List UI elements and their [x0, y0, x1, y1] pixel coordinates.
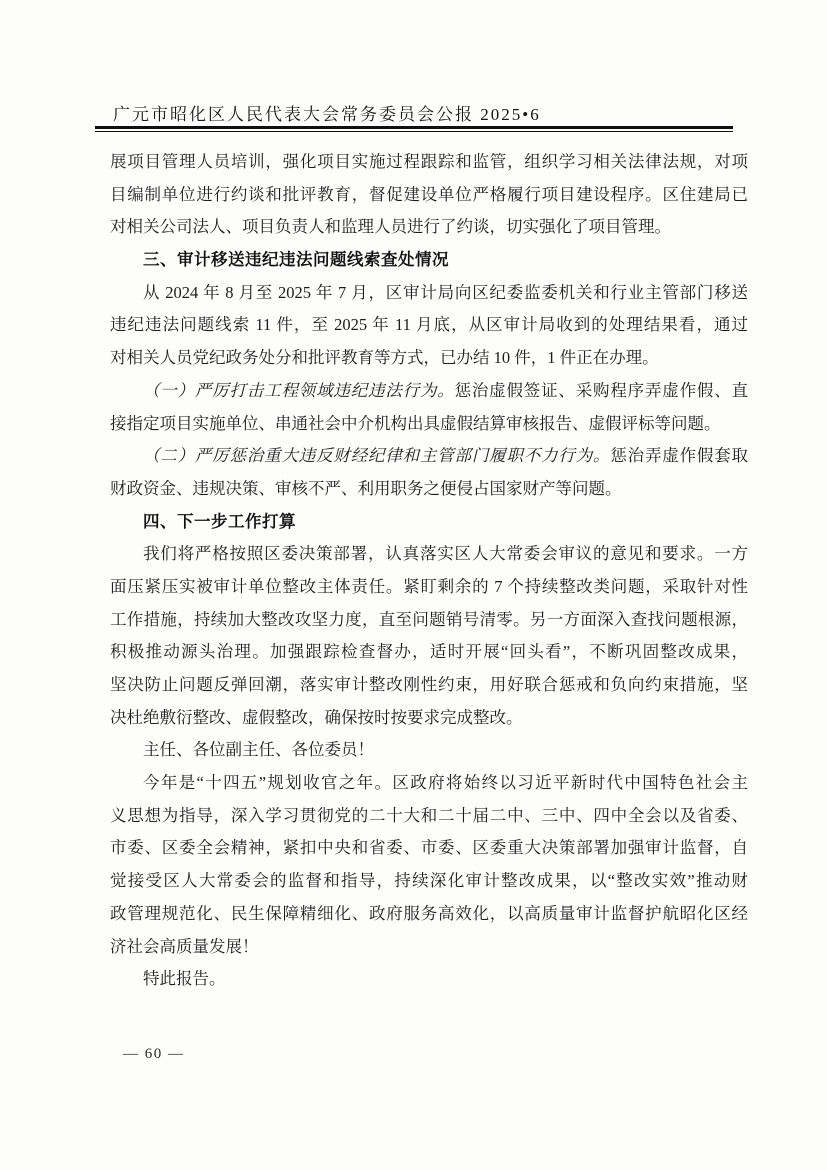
text-line: 我们将严格按照区委决策部署，认真落实区人大常委会审议的意见和要求。一方	[110, 538, 748, 571]
text-line: 财政资金、违规决策、审核不严、利用职务之便侵占国家财产等问题。	[110, 473, 748, 506]
para-salutation: 主任、各位副主任、各位委员！	[110, 734, 748, 767]
text-line: （一）严厉打击工程领域违纪违法行为。惩治虚假签证、采购程序弄虚作假、直	[110, 375, 748, 408]
text-line: 济社会高质量发展！	[110, 931, 748, 964]
body-text: 特此报告。	[143, 969, 226, 988]
document-body: 展项目管理人员培训，强化项目实施过程跟踪和监管，组织学习相关法律法规，对项目编制…	[110, 146, 748, 996]
body-text: 三、审计移送违纪违法问题线索查处情况	[143, 251, 449, 269]
heading-section-3: 三、审计移送违纪违法问题线索查处情况	[110, 244, 748, 277]
text-line: 政管理规范化、民生保障精细化、政府服务高效化，以高质量审计监督护航昭化区经	[110, 898, 748, 931]
text-line: 工作措施，持续加大整改攻坚力度，直至问题销号清零。另一方面深入查找问题根源，	[110, 604, 748, 637]
body-text: 决杜绝敷衍整改、虚假整改，确保按时按要求完成整改。	[110, 708, 523, 727]
heading-section-4: 四、下一步工作打算	[110, 506, 748, 539]
kai-emphasis-text: （二）严厉惩治重大违反财经纪律和主管部门履职不力行为。	[143, 446, 610, 465]
section-heading-line: 四、下一步工作打算	[110, 506, 748, 539]
text-line: 今年是“十四五”规划收官之年。区政府将始终以习近平新时代中国特色社会主	[110, 767, 748, 800]
para-continued-project-training: 展项目管理人员培训，强化项目实施过程跟踪和监管，组织学习相关法律法规，对项目编制…	[110, 146, 748, 244]
text-line: 目编制单位进行约谈和批评教育，督促建设单位严格履行项目建设程序。区住建局已	[110, 179, 748, 212]
body-text: 义思想为指导，深入学习贯彻党的二十大和二十届二中、三中、四中全会以及省委、	[110, 806, 748, 825]
text-line: 展项目管理人员培训，强化项目实施过程跟踪和监管，组织学习相关法律法规，对项	[110, 146, 748, 179]
body-text: 觉接受区人大常委会的监督和指导，持续深化审计整改成果，以“整改实效”推动财	[110, 871, 748, 890]
text-line: 义思想为指导，深入学习贯彻党的二十大和二十届二中、三中、四中全会以及省委、	[110, 800, 748, 833]
body-text: 工作措施，持续加大整改攻坚力度，直至问题销号清零。另一方面深入查找问题根源，	[110, 610, 748, 629]
body-text: 政管理规范化、民生保障精细化、政府服务高效化，以高质量审计监督护航昭化区经	[110, 904, 748, 923]
para-clue-transfer: 从 2024 年 8 月至 2025 年 7 月，区审计局向区纪委监委机关和行业…	[110, 277, 748, 375]
body-text: 面压紧压实被审计单位整改主体责任。紧盯剩余的 7 个持续整改类问题，采取针对性	[110, 577, 748, 596]
text-line: 特此报告。	[110, 963, 748, 996]
text-line: 从 2024 年 8 月至 2025 年 7 月，区审计局向区纪委监委机关和行业…	[110, 277, 748, 310]
para-closing-outlook: 今年是“十四五”规划收官之年。区政府将始终以习近平新时代中国特色社会主义思想为指…	[110, 767, 748, 963]
text-line: 违纪违法问题线索 11 件，至 2025 年 11 月底，从区审计局收到的处理结…	[110, 309, 748, 342]
body-text: 今年是“十四五”规划收官之年。区政府将始终以习近平新时代中国特色社会主	[143, 773, 748, 792]
body-text: 积极推动源头治理。加强跟踪检查督办，适时开展“回头看”，不断巩固整改成果，	[110, 642, 748, 661]
text-line: 坚决防止问题反弹回潮，落实审计整改刚性约束，用好联合惩戒和负向约束措施，坚	[110, 669, 748, 702]
text-line: 主任、各位副主任、各位委员！	[110, 734, 748, 767]
para-next-steps: 我们将严格按照区委决策部署，认真落实区人大常委会审议的意见和要求。一方面压紧压实…	[110, 538, 748, 734]
header-rule-thin	[95, 131, 733, 132]
kai-emphasis-text: （一）严厉打击工程领域违纪违法行为。	[143, 381, 455, 400]
para-item-1-engineering-violations: （一）严厉打击工程领域违纪违法行为。惩治虚假签证、采购程序弄虚作假、直接指定项目…	[110, 375, 748, 440]
text-line: 对相关人员党纪政务处分和批评教育等方式，已办结 10 件，1 件正在办理。	[110, 342, 748, 375]
body-text: 从 2024 年 8 月至 2025 年 7 月，区审计局向区纪委监委机关和行业…	[143, 283, 748, 302]
para-hereby-report: 特此报告。	[110, 963, 748, 996]
body-text: 济社会高质量发展！	[110, 937, 259, 956]
body-text: 惩治弄虚作假套取	[610, 446, 748, 465]
body-text: 市委、区委全会精神，紧扣中央和省委、市委、区委重大决策部署加强审计监督，自	[110, 838, 748, 857]
text-line: 接指定项目实施单位、串通社会中介机构出具虚假结算审核报告、虚假评标等问题。	[110, 408, 748, 441]
body-text: 四、下一步工作打算	[143, 513, 296, 531]
text-line: 积极推动源头治理。加强跟踪检查督办，适时开展“回头看”，不断巩固整改成果，	[110, 636, 748, 669]
body-text: 坚决防止问题反弹回潮，落实审计整改刚性约束，用好联合惩戒和负向约束措施，坚	[110, 675, 748, 694]
bulletin-header-title: 广元市昭化区人民代表大会常务委员会公报 2025•6	[113, 100, 541, 125]
body-text: 我们将严格按照区委决策部署，认真落实区人大常委会审议的意见和要求。一方	[143, 544, 748, 563]
body-text: 惩治虚假签证、采购程序弄虚作假、直	[455, 381, 748, 400]
text-line: （二）严厉惩治重大违反财经纪律和主管部门履职不力行为。惩治弄虚作假套取	[110, 440, 748, 473]
body-text: 展项目管理人员培训，强化项目实施过程跟踪和监管，组织学习相关法律法规，对项	[110, 152, 748, 171]
text-line: 市委、区委全会精神，紧扣中央和省委、市委、区委重大决策部署加强审计监督，自	[110, 832, 748, 865]
text-line: 决杜绝敷衍整改、虚假整改，确保按时按要求完成整改。	[110, 702, 748, 735]
body-text: 对相关人员党纪政务处分和批评教育等方式，已办结 10 件，1 件正在办理。	[110, 348, 659, 367]
text-line: 面压紧压实被审计单位整改主体责任。紧盯剩余的 7 个持续整改类问题，采取针对性	[110, 571, 748, 604]
section-heading-line: 三、审计移送违纪违法问题线索查处情况	[110, 244, 748, 277]
body-text: 目编制单位进行约谈和批评教育，督促建设单位严格履行项目建设程序。区住建局已	[110, 185, 748, 204]
text-line: 觉接受区人大常委会的监督和指导，持续深化审计整改成果，以“整改实效”推动财	[110, 865, 748, 898]
body-text: 对相关公司法人、项目负责人和监理人员进行了约谈，切实强化了项目管理。	[110, 217, 671, 236]
body-text: 财政资金、违规决策、审核不严、利用职务之便侵占国家财产等问题。	[110, 479, 622, 498]
para-item-2-fiscal-discipline: （二）严厉惩治重大违反财经纪律和主管部门履职不力行为。惩治弄虚作假套取财政资金、…	[110, 440, 748, 505]
document-page: 广元市昭化区人民代表大会常务委员会公报 2025•6 展项目管理人员培训，强化项…	[0, 0, 827, 1170]
page-number: — 60 —	[123, 1046, 185, 1063]
text-line: 对相关公司法人、项目负责人和监理人员进行了约谈，切实强化了项目管理。	[110, 211, 748, 244]
header-rule-thick	[95, 126, 733, 129]
body-text: 违纪违法问题线索 11 件，至 2025 年 11 月底，从区审计局收到的处理结…	[110, 315, 748, 334]
body-text: 主任、各位副主任、各位委员！	[143, 740, 374, 759]
body-text: 接指定项目实施单位、串通社会中介机构出具虚假结算审核报告、虚假评标等问题。	[110, 414, 721, 433]
